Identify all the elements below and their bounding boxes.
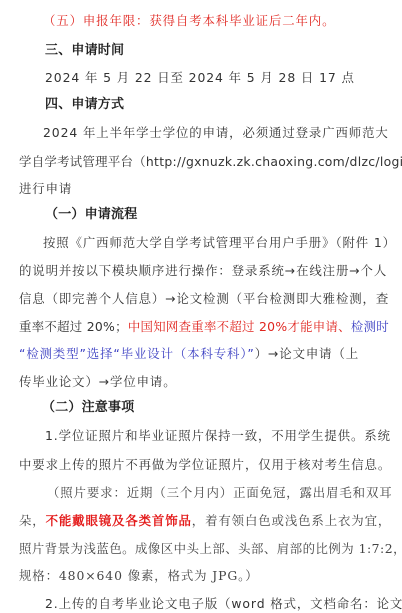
process-line-1: 按照《广西师范大学自学考试管理平台用户手册》（附件 1）	[43, 234, 396, 252]
detection-note-start: 检测时	[351, 319, 389, 334]
photo-req-line-1: （照片要求：近期（三个月内）正面免冠，露出眉毛和双耳	[47, 484, 393, 502]
photo-req-line-2-start: 朵，	[19, 513, 46, 528]
photo-req-line-4: 规格：480×640 像素，格式为 JPG。）	[19, 567, 259, 585]
section-3-heading: 三、申请时间	[45, 42, 124, 60]
detection-type-note: “检测类型”选择“毕业设计（本科专科）”	[19, 346, 255, 361]
photo-req-line-2: 朵，不能戴眼镜及各类首饰品，着有领白色或浅色系上衣为宜，	[19, 512, 391, 530]
no-glasses-note: 不能戴眼镜及各类首饰品	[46, 513, 192, 528]
process-line-6: 传毕业论文）→学位申请。	[19, 373, 176, 391]
method-para-line-3: 进行申请	[19, 180, 72, 198]
photo-req-line-3: 照片背景为浅蓝色。成像区中头上部、头部、肩部的比例为 1:7:2，	[19, 540, 402, 558]
subsection-process-heading: （一）申请流程	[45, 206, 137, 224]
process-line-4: 重率不超过 20%；中国知网查重率不超过 20%才能申请、检测时	[19, 318, 389, 336]
section-4-heading: 四、申请方式	[45, 96, 124, 114]
note-2-line-1: 2.上传的自考毕业论文电子版（word 格式，文档命名：论文	[45, 595, 402, 613]
photo-req-line-2-end: ，着有领白色或浅色系上衣为宜，	[192, 513, 391, 528]
process-line-5-text: ）→论文申请（上	[255, 346, 359, 361]
method-para-line-1: 2024 年上半年学士学位的申请，必须通过登录广西师范大	[43, 124, 389, 142]
note-1-line-2: 中要求上传的照片不再做为学位证照片，仅用于核对考生信息。	[19, 456, 391, 474]
process-line-3: 信息（即完善个人信息）→论文检测（平台检测即大雅检测，查	[19, 290, 389, 308]
application-time-text: 2024 年 5 月 22 日至 2024 年 5 月 28 日 17 点	[45, 69, 355, 87]
document-page: （五）申报年限：获得自考本科毕业证后二年内。 三、申请时间 2024 年 5 月…	[0, 0, 402, 613]
method-para-line-2: 学自学考试管理平台（http://gxnuzk.zk.chaoxing.com/…	[19, 153, 402, 171]
cnki-requirement-note: 中国知网查重率不超过 20%才能申请、	[128, 319, 351, 334]
process-line-5: “检测类型”选择“毕业设计（本科专科）”）→论文申请（上	[19, 345, 359, 363]
subsection-notes-heading: （二）注意事项	[42, 399, 134, 417]
process-line-2: 的说明并按以下模块顺序进行操作：登录系统→在线注册→个人	[19, 262, 387, 280]
note-1-line-1: 1.学位证照片和毕业证照片保持一致，不用学生提供。系统	[45, 427, 391, 445]
process-line-4-text: 重率不超过 20%；	[19, 319, 128, 334]
application-period-item: （五）申报年限：获得自考本科毕业证后二年内。	[43, 12, 335, 30]
